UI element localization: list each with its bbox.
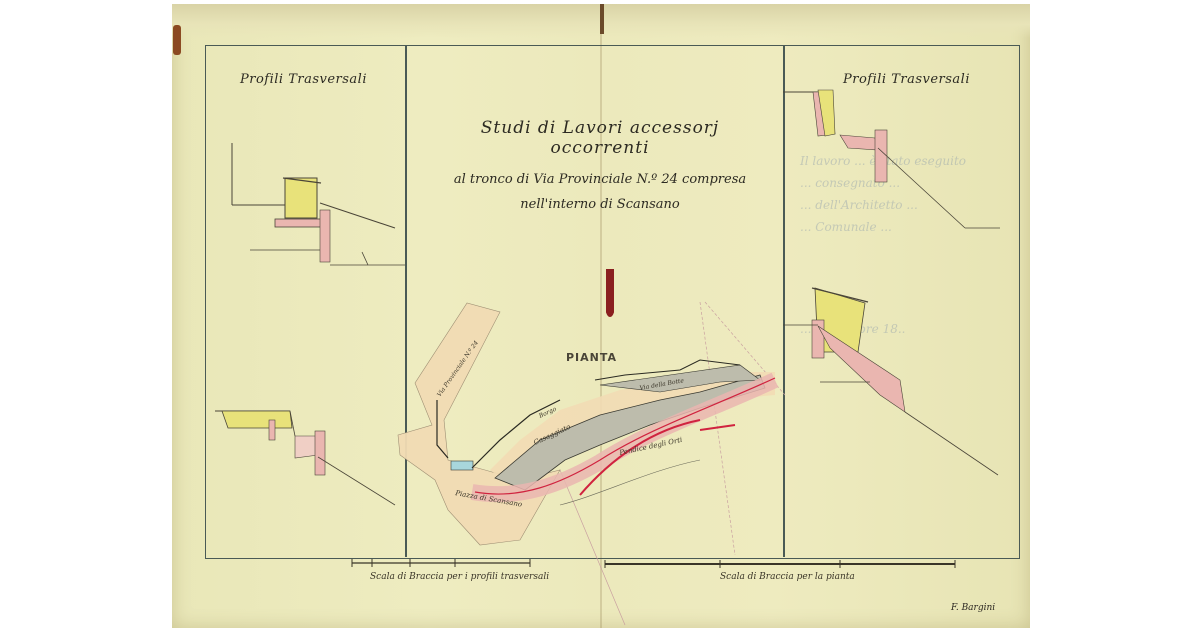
- left-profile-upper: [232, 143, 405, 265]
- title-line-2: al tronco di Via Provinciale N.º 24 comp…: [430, 172, 770, 187]
- fountain-marker: [451, 461, 473, 470]
- left-profile-lower: [215, 411, 395, 505]
- profiles-scale-label: Scala di Braccia per i profili trasversa…: [370, 572, 549, 582]
- drawing-title: Studi di Lavori accessorj occorrenti al …: [430, 118, 770, 212]
- title-line-3: nell'interno di Scansano: [430, 197, 770, 212]
- drawing-canvas: Via Provinciale N.º 24 Piazza di Scansan…: [0, 0, 1200, 628]
- plan-label: PIANTA: [566, 351, 617, 364]
- title-line-1: Studi di Lavori accessorj occorrenti: [430, 118, 770, 158]
- left-section-title: Profili Trasversali: [240, 72, 367, 87]
- binding-ribbon: [608, 269, 612, 315]
- scale-bar-plan: [605, 560, 955, 568]
- right-profile-lower: [783, 288, 998, 475]
- right-section-title: Profili Trasversali: [843, 72, 970, 87]
- signature: F. Bargini: [951, 603, 995, 613]
- right-profile-upper: [783, 90, 1000, 228]
- scale-bar-profiles: [352, 559, 530, 567]
- plan-scale-label: Scala di Braccia per la pianta: [720, 572, 855, 582]
